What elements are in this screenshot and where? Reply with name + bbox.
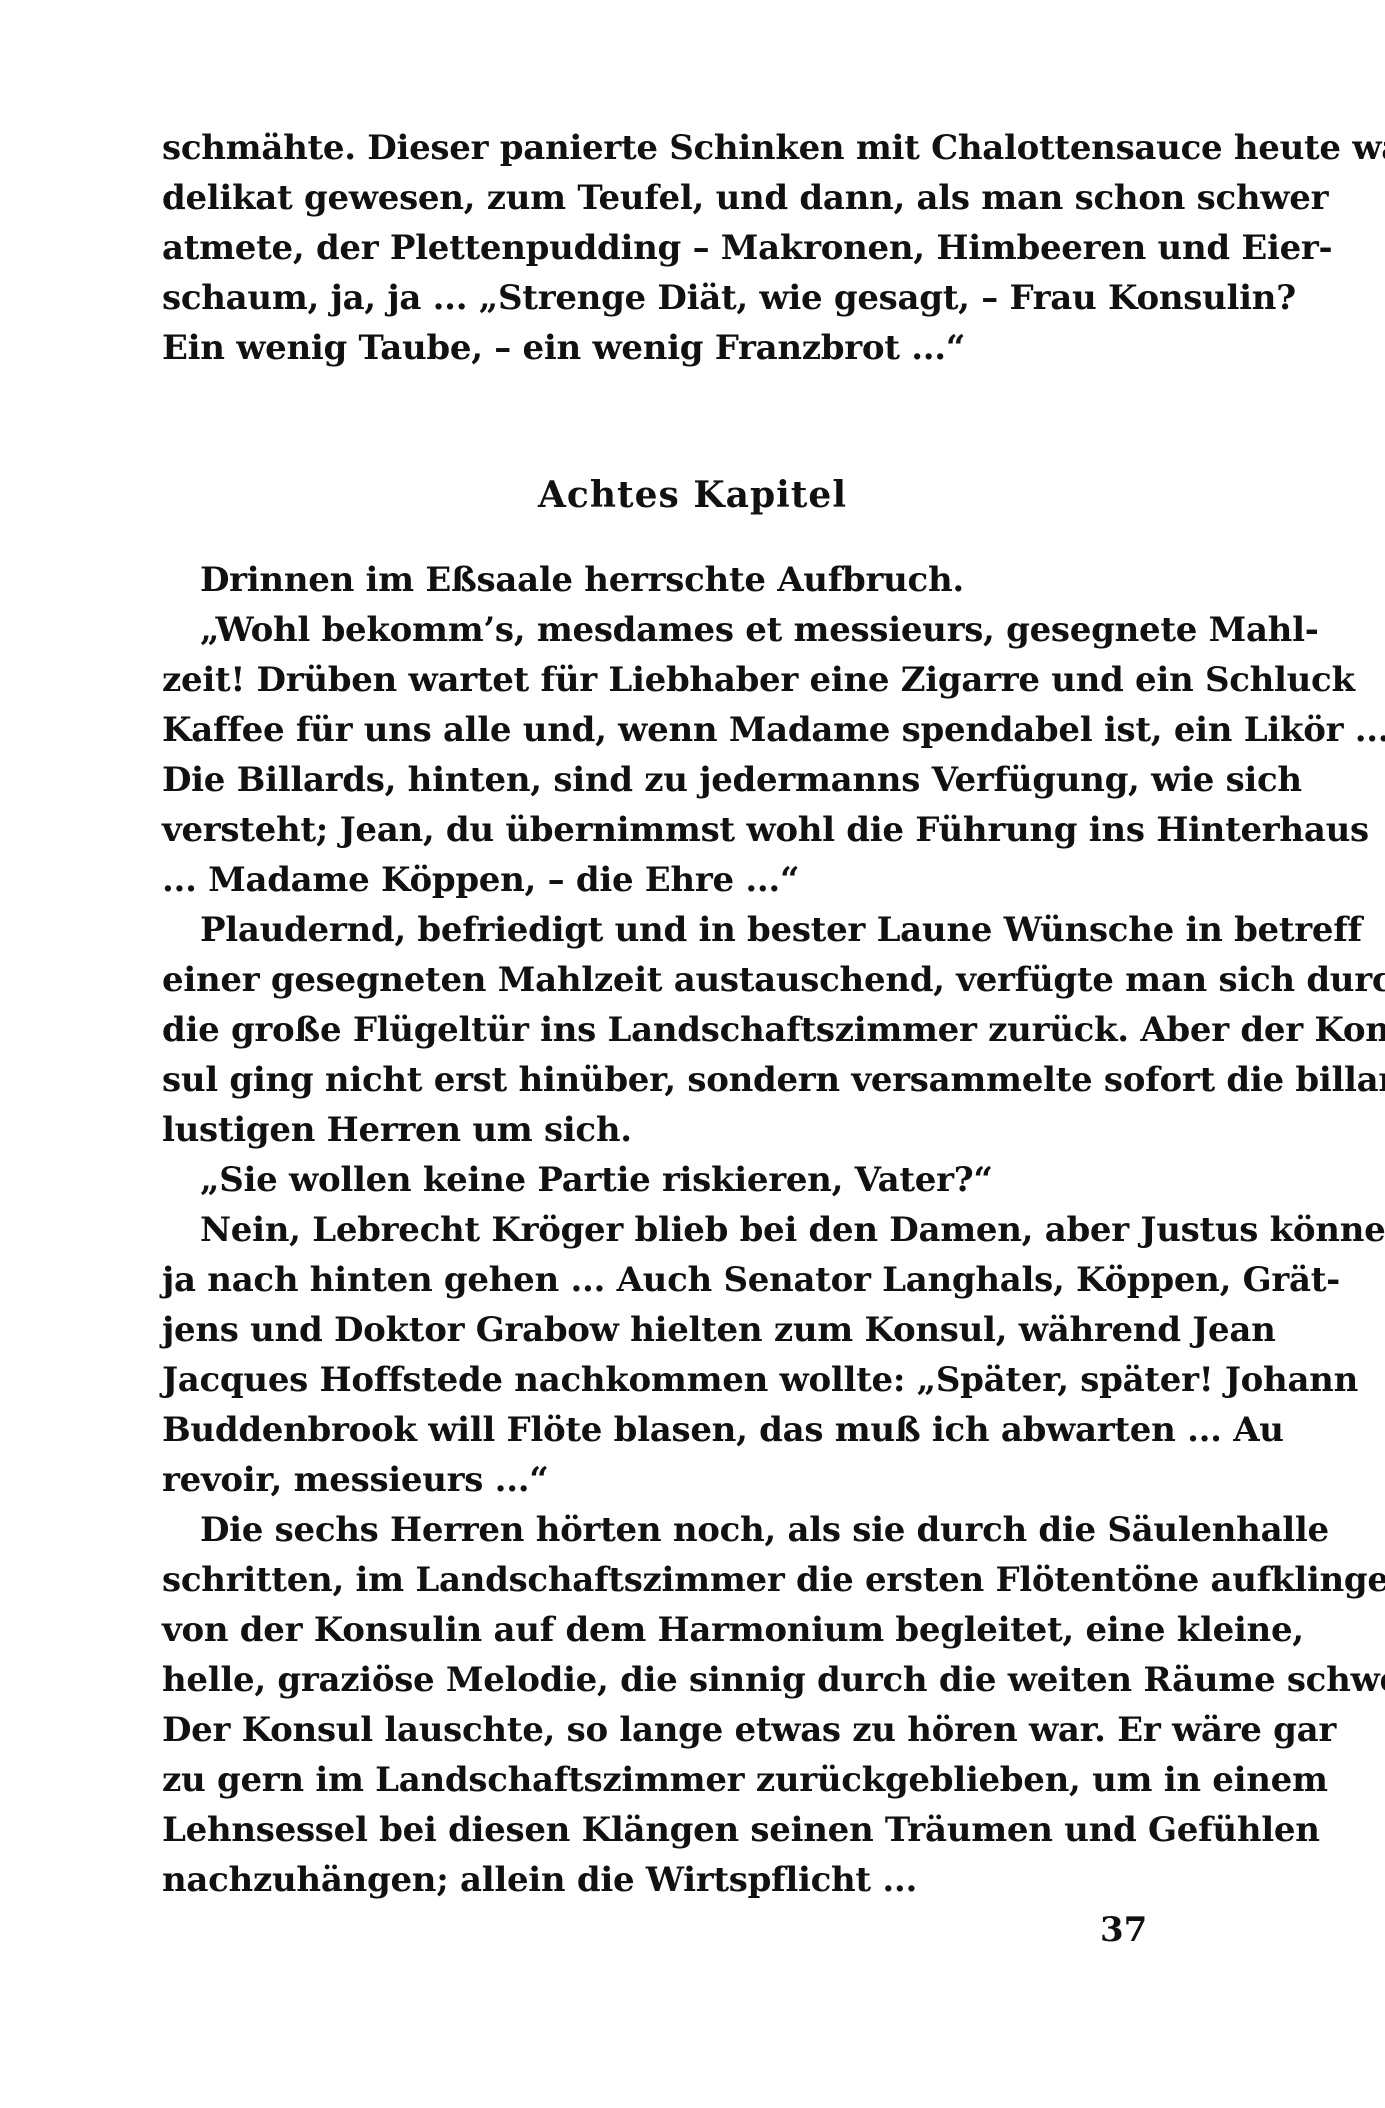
paragraph-first-line: „Sie wollen keine Partie riskieren, Vate…: [200, 1155, 1197, 1205]
text-line: schaum, ja, ja ... „Strenge Diät, wie ge…: [162, 273, 1197, 323]
paragraph-first-line: Plaudernd, befriedigt und in bester Laun…: [200, 905, 1197, 955]
text-line: jens und Doktor Grabow hielten zum Konsu…: [162, 1305, 1197, 1355]
text-line: zeit! Drüben wartet für Liebhaber eine Z…: [162, 655, 1197, 705]
text-line: atmete, der Plettenpudding – Makronen, H…: [162, 223, 1197, 273]
text-line: delikat gewesen, zum Teufel, und dann, a…: [162, 173, 1197, 223]
text-line: ... Madame Köppen, – die Ehre ...“: [162, 855, 1197, 905]
paragraph-first-line: Drinnen im Eßsaale herrschte Aufbruch.: [200, 555, 1197, 605]
text-line: schmähte. Dieser panierte Schinken mit C…: [162, 123, 1197, 173]
text-line: versteht; Jean, du übernimmst wohl die F…: [162, 805, 1197, 855]
text-line: nachzuhängen; allein die Wirtspflicht ..…: [162, 1855, 1197, 1905]
text-line: Lehnsessel bei diesen Klängen seinen Trä…: [162, 1805, 1197, 1855]
text-line: einer gesegneten Mahlzeit austauschend, …: [162, 955, 1197, 1005]
text-line: sul ging nicht erst hinüber, sondern ver…: [162, 1055, 1197, 1105]
text-line: revoir, messieurs ...“: [162, 1455, 1197, 1505]
paragraph-first-line: Nein, Lebrecht Kröger blieb bei den Dame…: [200, 1205, 1197, 1255]
text-line: Ein wenig Taube, – ein wenig Franzbrot .…: [162, 323, 1197, 373]
text-line: Kaffee für uns alle und, wenn Madame spe…: [162, 705, 1197, 755]
text-line: die große Flügeltür ins Landschaftszimme…: [162, 1005, 1197, 1055]
chapter-heading-text: Achtes Kapitel: [538, 474, 847, 516]
chapter-heading: Achtes Kapitel: [0, 470, 1385, 520]
text-line: zu gern im Landschaftszimmer zurückgebli…: [162, 1755, 1197, 1805]
text-line: ja nach hinten gehen ... Auch Senator La…: [162, 1255, 1197, 1305]
text-line: Die Billards, hinten, sind zu jedermanns…: [162, 755, 1197, 805]
text-line: Der Konsul lauschte, so lange etwas zu h…: [162, 1705, 1197, 1755]
text-line: schritten, im Landschaftszimmer die erst…: [162, 1555, 1197, 1605]
text-line: von der Konsulin auf dem Harmonium begle…: [162, 1605, 1197, 1655]
page-number: 37: [1100, 1905, 1147, 1955]
text-line: helle, graziöse Melodie, die sinnig durc…: [162, 1655, 1197, 1705]
text-line: Jacques Hoffstede nachkommen wollte: „Sp…: [162, 1355, 1197, 1405]
book-page: schmähte. Dieser panierte Schinken mit C…: [0, 0, 1385, 2108]
paragraph-first-line: „Wohl bekomm’s, mesdames et messieurs, g…: [200, 605, 1197, 655]
text-line: Buddenbrook will Flöte blasen, das muß i…: [162, 1405, 1197, 1455]
paragraph-first-line: Die sechs Herren hörten noch, als sie du…: [200, 1505, 1197, 1555]
text-line: lustigen Herren um sich.: [162, 1105, 1197, 1155]
